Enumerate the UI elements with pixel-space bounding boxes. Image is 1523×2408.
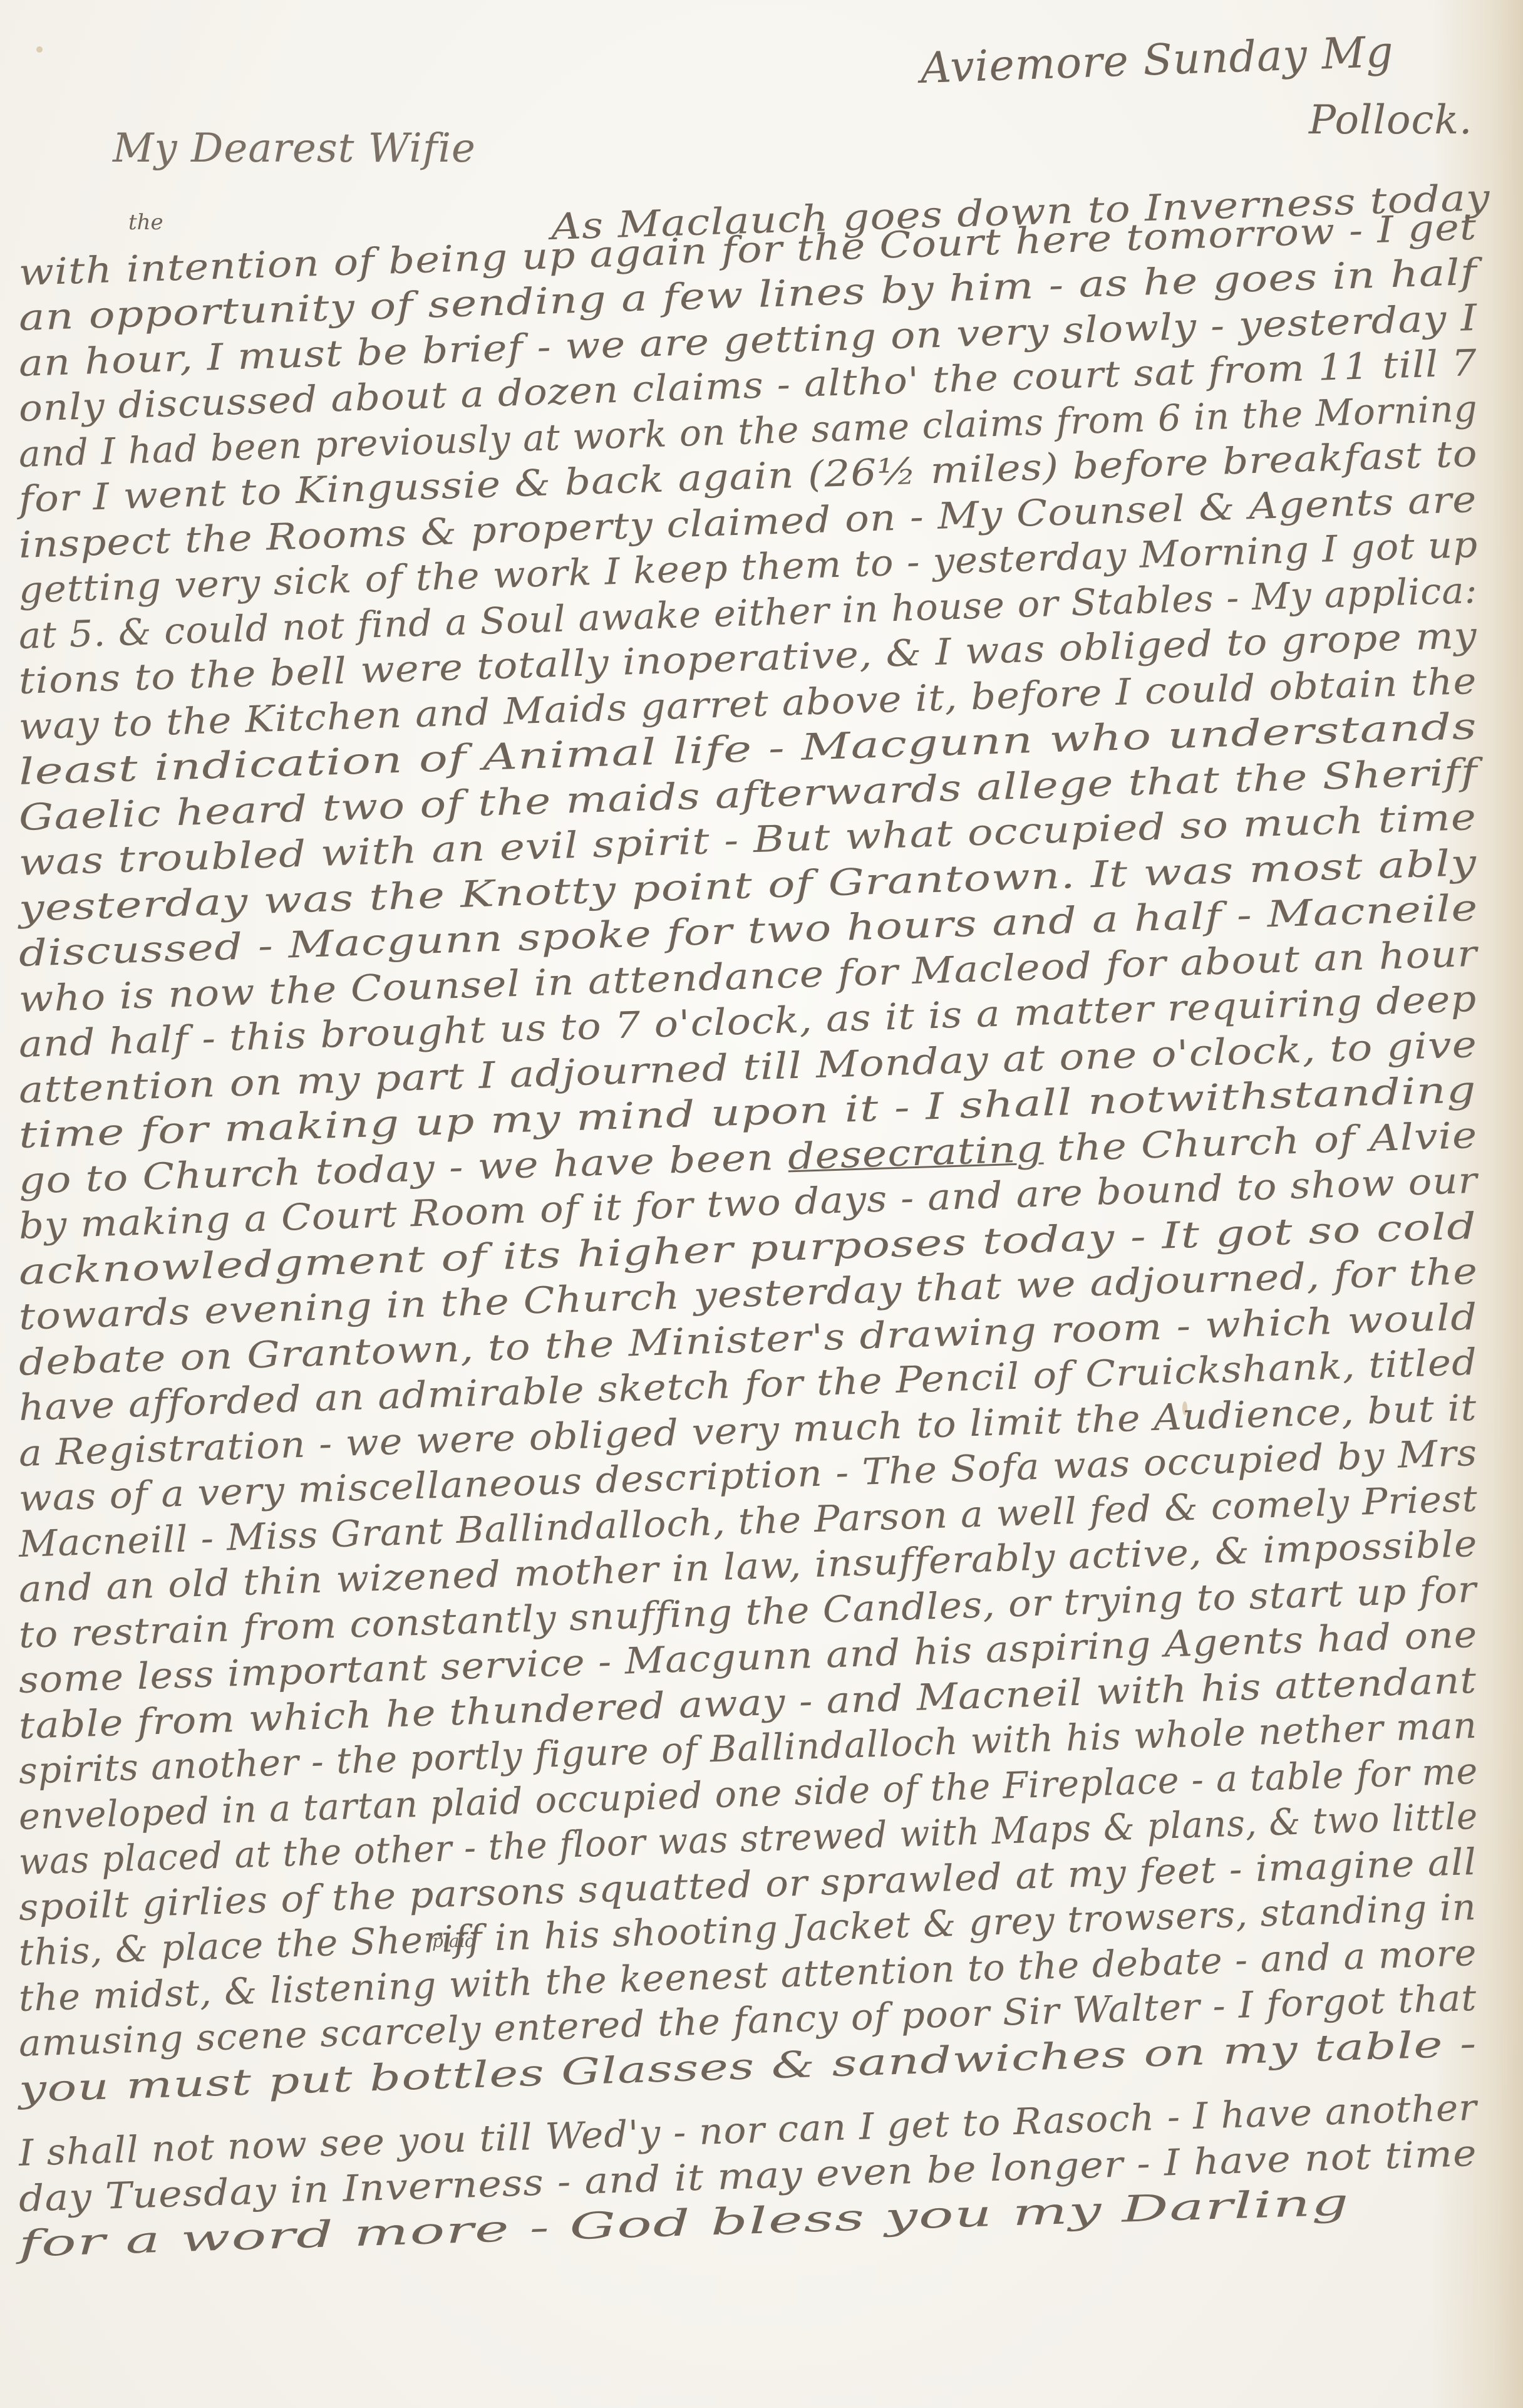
- letter-page: Aviemore Sunday Mg Pollock. My Dearest W…: [0, 0, 1523, 2408]
- insertion-plaid: plaid: [432, 1931, 476, 1951]
- insertion-the: the: [128, 210, 163, 235]
- paper-stain: [36, 46, 43, 53]
- letter-place-date: Aviemore Sunday Mg: [920, 28, 1395, 93]
- underlined-word: desecrating: [787, 1127, 1044, 1178]
- letter-salutation: My Dearest Wifie: [113, 125, 476, 172]
- letter-author-name: Pollock.: [1309, 97, 1472, 143]
